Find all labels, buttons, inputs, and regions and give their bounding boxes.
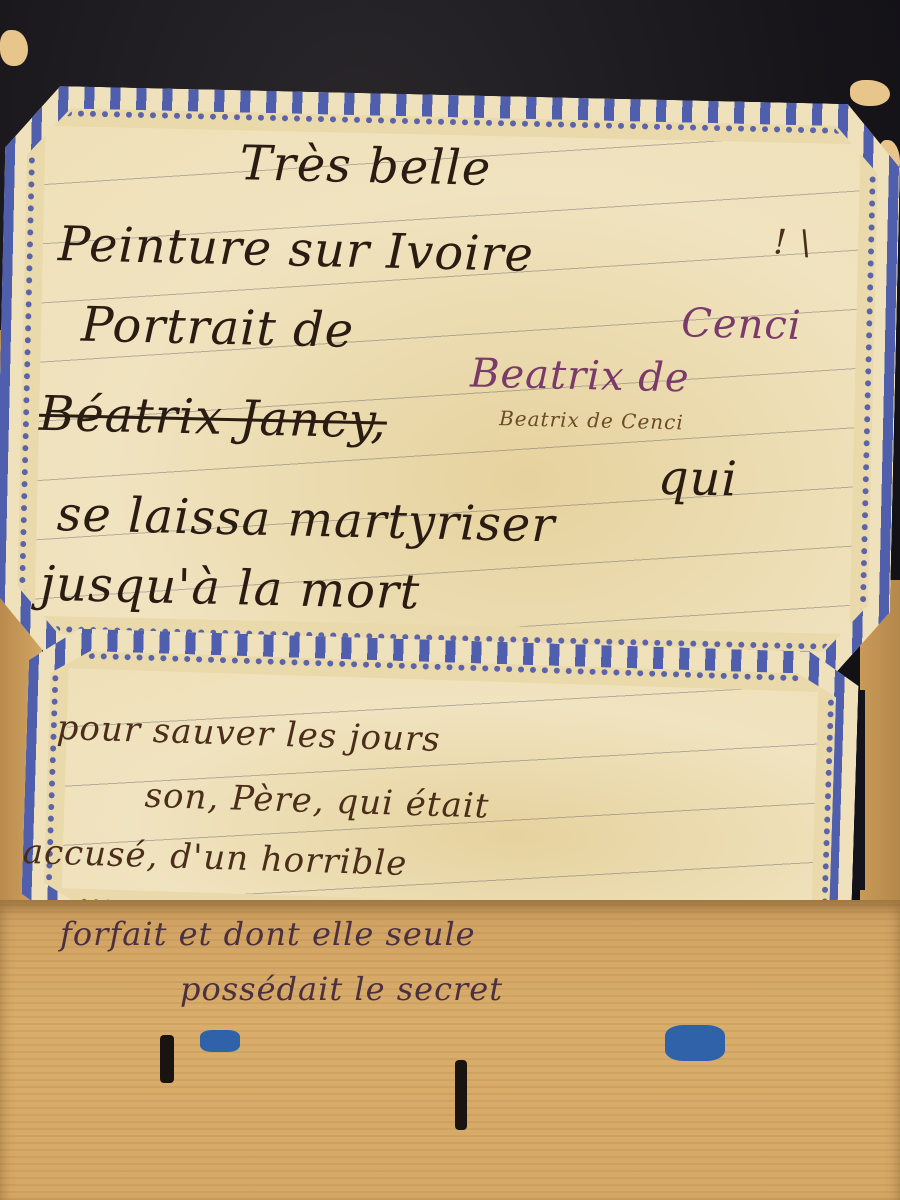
nail <box>455 1060 467 1130</box>
line-se-laissa: se laissa martyriser <box>56 486 556 553</box>
line-peinture: Peinture sur Ivoire <box>57 216 534 283</box>
blue-paint-spot <box>665 1025 725 1061</box>
paint-chip <box>0 30 28 66</box>
blue-paint-spot <box>200 1030 240 1052</box>
line-tres-belle: Très belle <box>239 135 492 197</box>
nail <box>160 1035 174 1083</box>
line-jusqua-la-mort: jusqu'à la mort <box>40 556 421 621</box>
correction-cenci: Cenci <box>681 300 802 349</box>
paint-chip <box>850 80 890 106</box>
line-qui: qui <box>657 450 738 508</box>
correction-beatrix-de: Beatrix de <box>470 351 690 402</box>
frame-wood-base: forfait et dont elle seule possédait le … <box>0 900 900 1200</box>
wood-line-secret: possédait le secret <box>180 970 503 1008</box>
margin-mark: ! \ <box>773 222 813 263</box>
struck-name: Béatrix Jancy, <box>38 386 387 450</box>
line-portrait-de: Portrait de <box>81 297 355 359</box>
label-top: Très belle Peinture sur Ivoire ! \ Portr… <box>0 85 900 675</box>
annotation-beatrix-de-cenci: Beatrix de Cenci <box>499 406 684 434</box>
wood-line-forfait: forfait et dont elle seule <box>60 915 476 953</box>
